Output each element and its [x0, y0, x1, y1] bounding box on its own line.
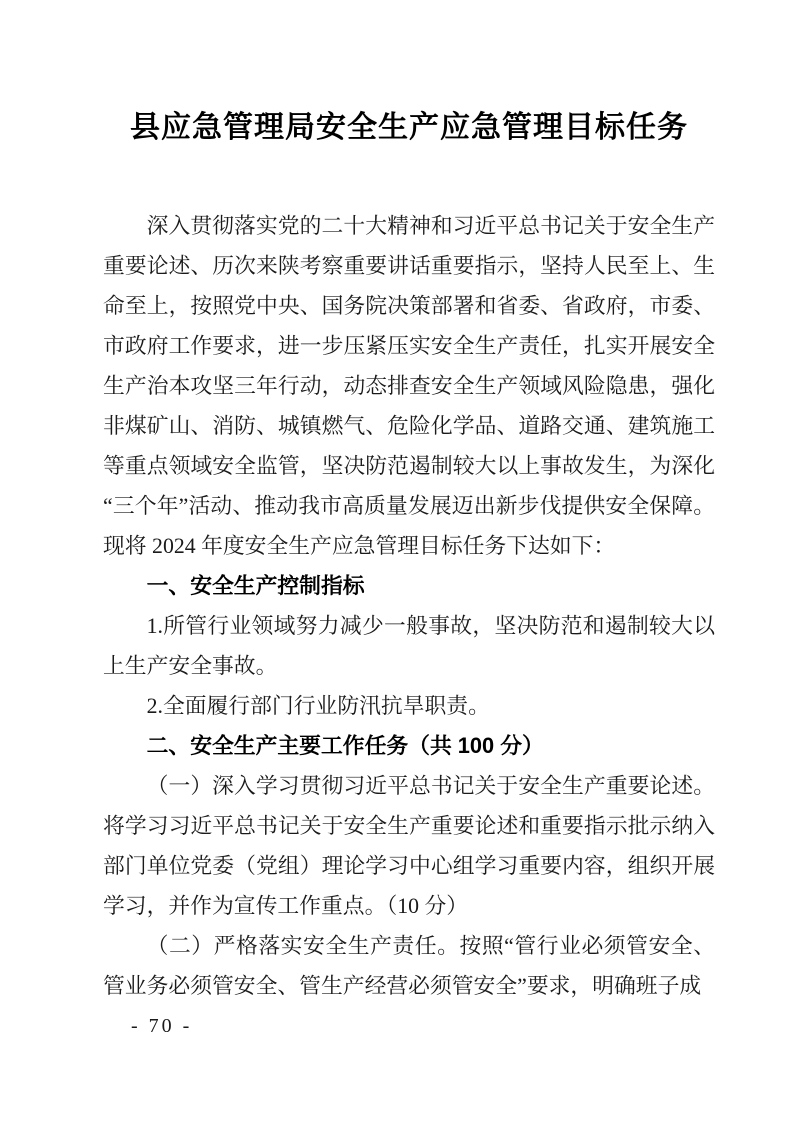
page-number: - 70 - — [131, 1012, 192, 1040]
section-1-heading: 一、安全生产控制指标 — [103, 566, 715, 606]
document-title: 县应急管理局安全生产应急管理目标任务 — [103, 106, 715, 150]
control-indicator-item-1: 1.所管行业领域努力减少一般事故，坚决防范和遏制较大以上生产安全事故。 — [103, 606, 715, 686]
document-page: 县应急管理局安全生产应急管理目标任务 深入贯彻落实党的二十大精神和习近平总书记关… — [0, 0, 793, 1122]
control-indicator-item-2: 2.全面履行部门行业防汛抗旱职责。 — [103, 686, 715, 726]
task-paragraph-2: （二）严格落实安全生产责任。按照“管行业必须管安全、管业务必须管安全、管生产经营… — [103, 926, 715, 1006]
intro-paragraph: 深入贯彻落实党的二十大精神和习近平总书记关于安全生产重要论述、历次来陕考察重要讲… — [103, 206, 715, 566]
section-2-heading: 二、安全生产主要工作任务（共 100 分） — [103, 726, 715, 766]
task-paragraph-1: （一）深入学习贯彻习近平总书记关于安全生产重要论述。将学习习近平总书记关于安全生… — [103, 766, 715, 926]
document-body: 深入贯彻落实党的二十大精神和习近平总书记关于安全生产重要论述、历次来陕考察重要讲… — [103, 206, 715, 1006]
